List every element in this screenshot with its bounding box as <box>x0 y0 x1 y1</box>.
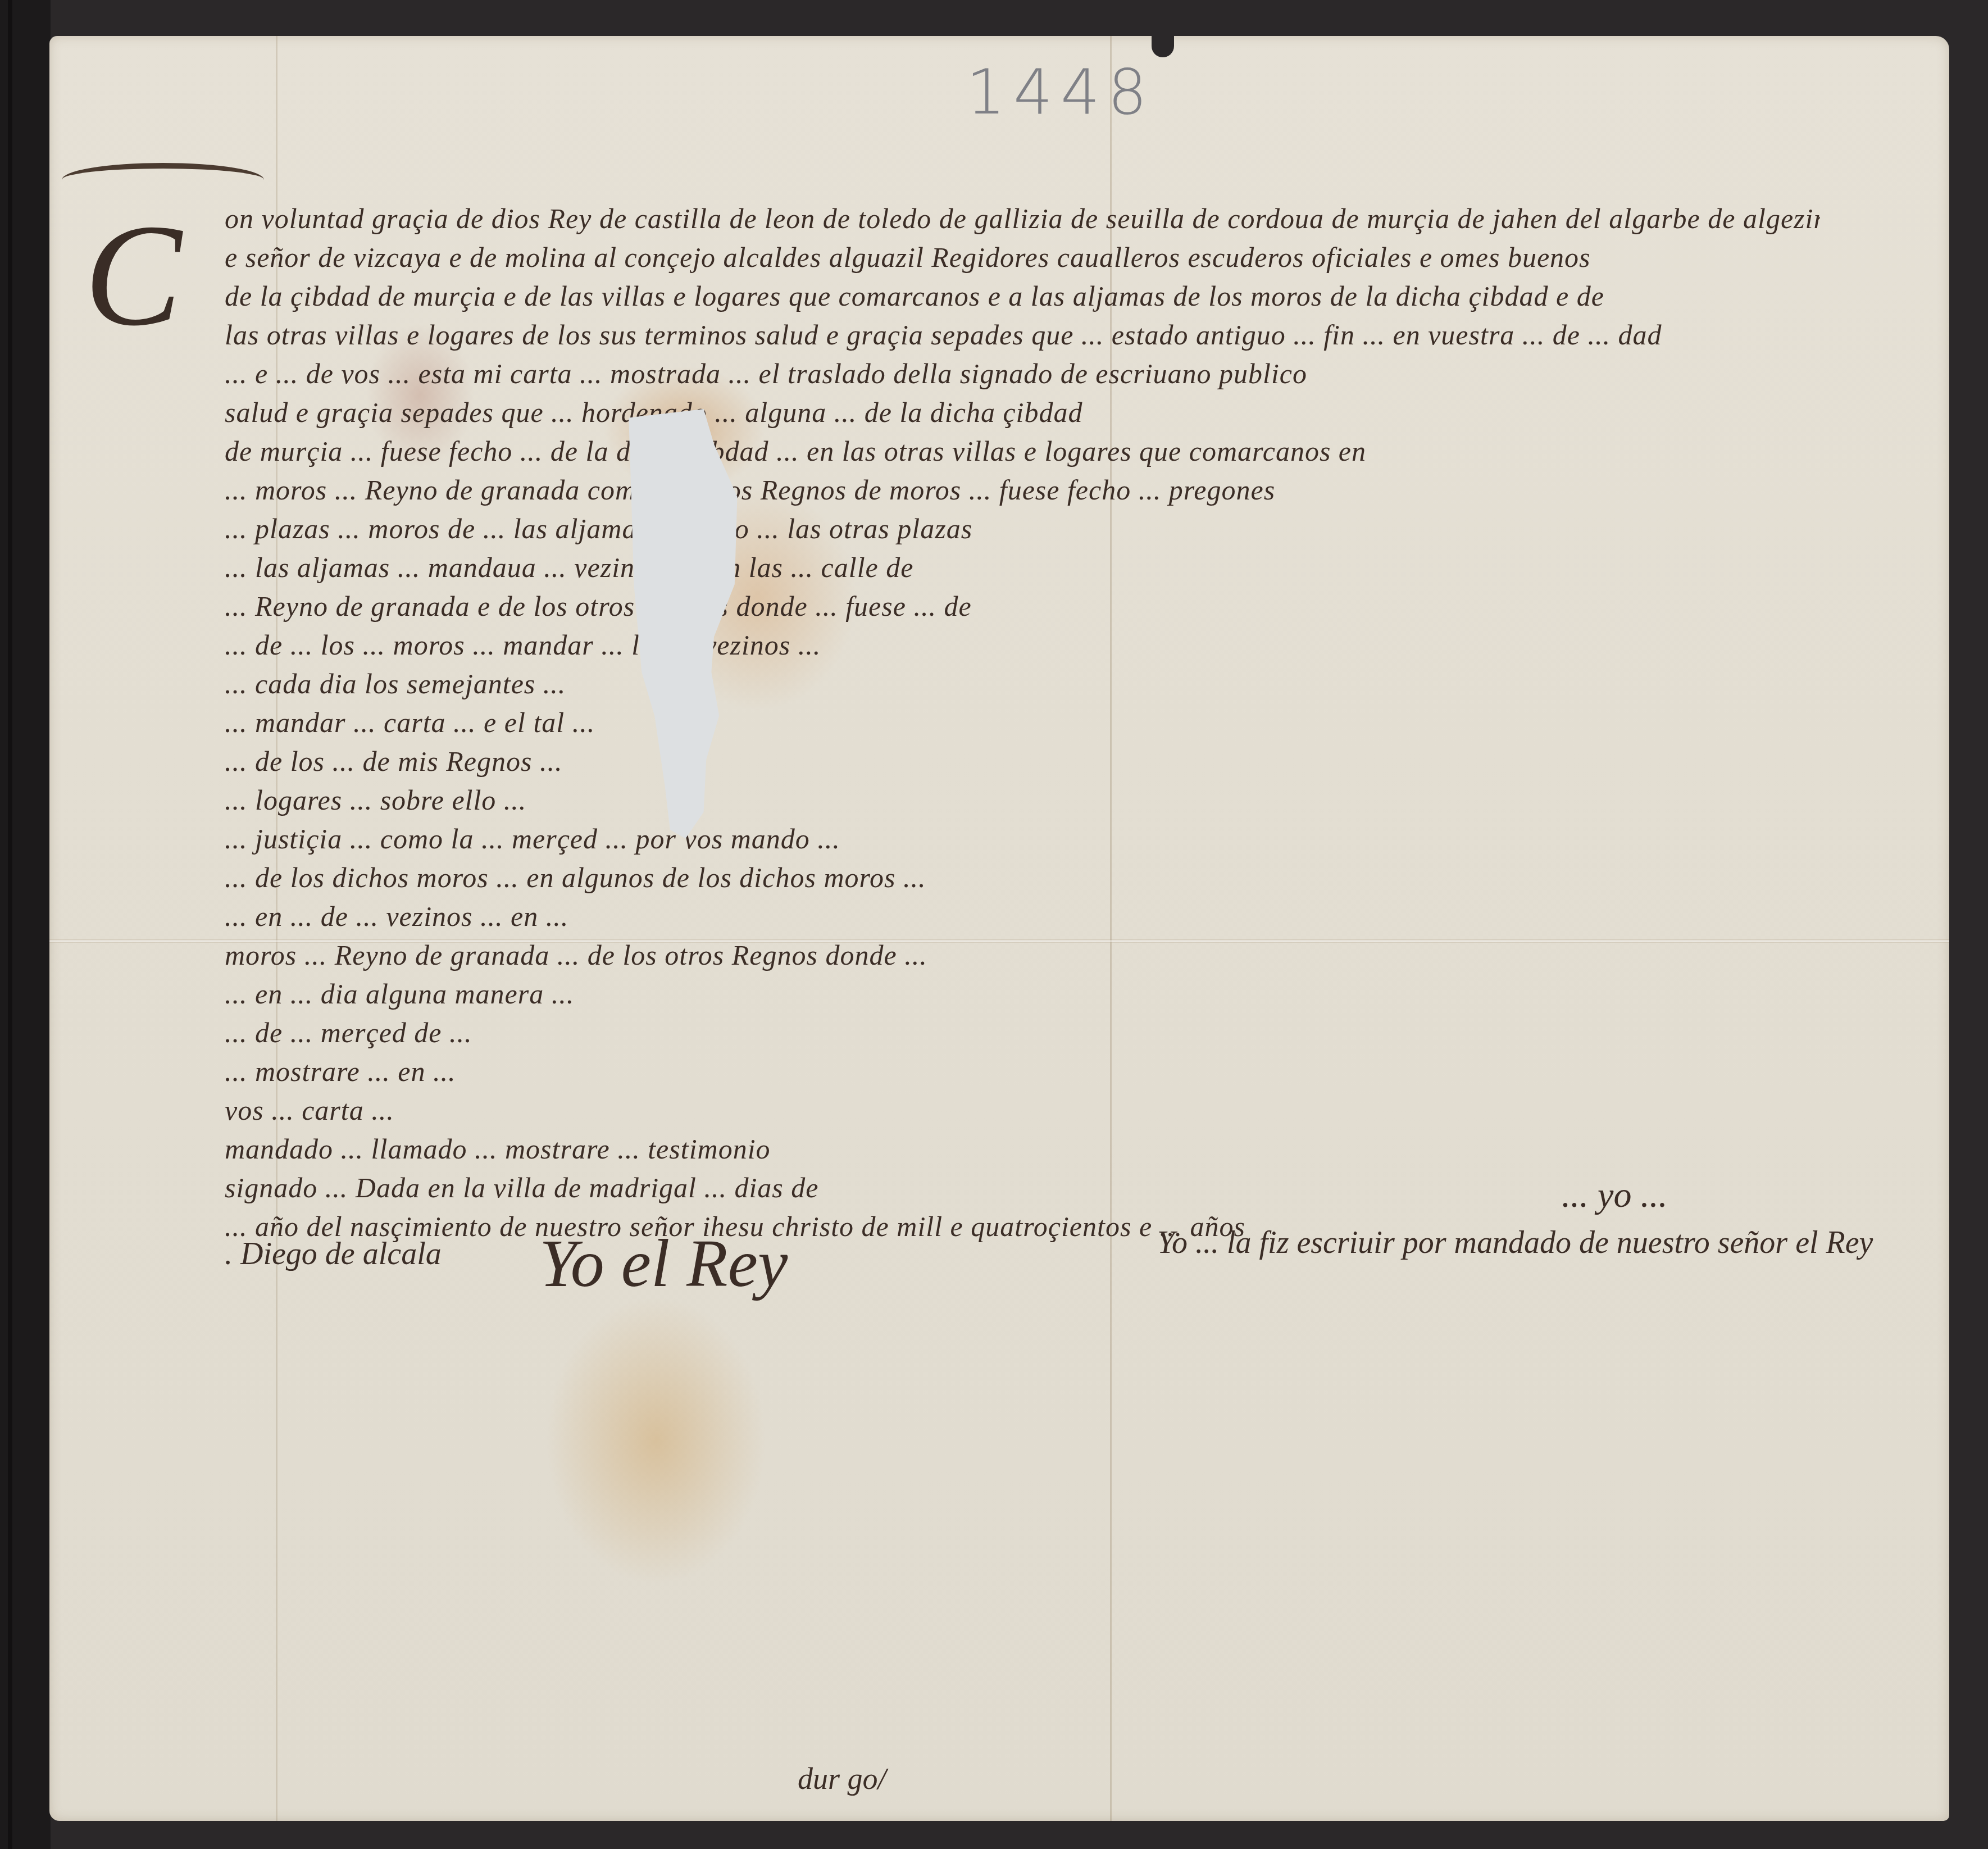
manuscript-line: vos ... carta ... <box>225 1091 1820 1130</box>
manuscript-line: ... en ... dia alguna manera ... <box>225 975 1820 1014</box>
manuscript-line: ... de los dichos moros ... en algunos d… <box>225 858 1820 897</box>
manuscript-line: ... de ... merçed de ... <box>225 1014 1820 1052</box>
manuscript-line: moros ... Reyno de granada ... de los ot… <box>225 936 1820 975</box>
secretary-subscription: Yo ... la fiz escriuir por mandado de nu… <box>1157 1225 1873 1261</box>
clerk-note: . Diego de alcala <box>225 1236 442 1272</box>
manuscript-line: de la çibdad de murçia e de las villas e… <box>225 277 1820 316</box>
manuscript-line: ... plazas ... moros de ... las aljamas … <box>225 510 1820 548</box>
manuscript-line: ... de ... los ... moros ... mandar ... … <box>225 626 1820 665</box>
manuscript-line: ... justiçia ... como la ... merçed ... … <box>225 820 1820 858</box>
manuscript-line: ... e ... de vos ... esta mi carta ... m… <box>225 355 1820 393</box>
backdrop-edge <box>0 0 51 1849</box>
archive-number: 1448 <box>966 56 1155 128</box>
manuscript-line: e señor de vizcaya e de molina al conçej… <box>225 238 1820 277</box>
manuscript-line: ... cada dia los semejantes ... <box>225 665 1820 703</box>
manuscript-line: ... mandar ... carta ... e el tal ... <box>225 703 1820 742</box>
registration-note: dur go/ <box>798 1761 886 1796</box>
royal-signature: Yo el Rey <box>539 1225 788 1302</box>
manuscript-body: on voluntad graçia de dios Rey de castil… <box>225 199 1820 1246</box>
manuscript-line: las otras villas e logares de los sus te… <box>225 316 1820 355</box>
manuscript-line: ... mostrare ... en ... <box>225 1052 1820 1091</box>
paper-tear-notch <box>1152 35 1174 57</box>
decorated-initial: C <box>84 202 181 348</box>
manuscript-line: on voluntad graçia de dios Rey de castil… <box>225 199 1820 238</box>
registrar-signature: ... yo ... <box>1562 1174 1667 1216</box>
initial-flourish <box>62 163 264 197</box>
manuscript-line: ... Reyno de granada e de los otros Regn… <box>225 587 1820 626</box>
manuscript-line: salud e graçia sepades que ... hordenado… <box>225 393 1820 432</box>
manuscript-line: de murçia ... fuese fecho ... de la dich… <box>225 432 1820 471</box>
manuscript-line: ... logares ... sobre ello ... <box>225 781 1820 820</box>
manuscript-line: ... moros ... Reyno de granada como de o… <box>225 471 1820 510</box>
manuscript-line: ... de los ... de mis Regnos ... <box>225 742 1820 781</box>
manuscript-line: ... las aljamas ... mandaua ... vezinos … <box>225 548 1820 587</box>
manuscript-line: ... en ... de ... vezinos ... en ... <box>225 897 1820 936</box>
manuscript-line: mandado ... llamado ... mostrare ... tes… <box>225 1130 1820 1169</box>
